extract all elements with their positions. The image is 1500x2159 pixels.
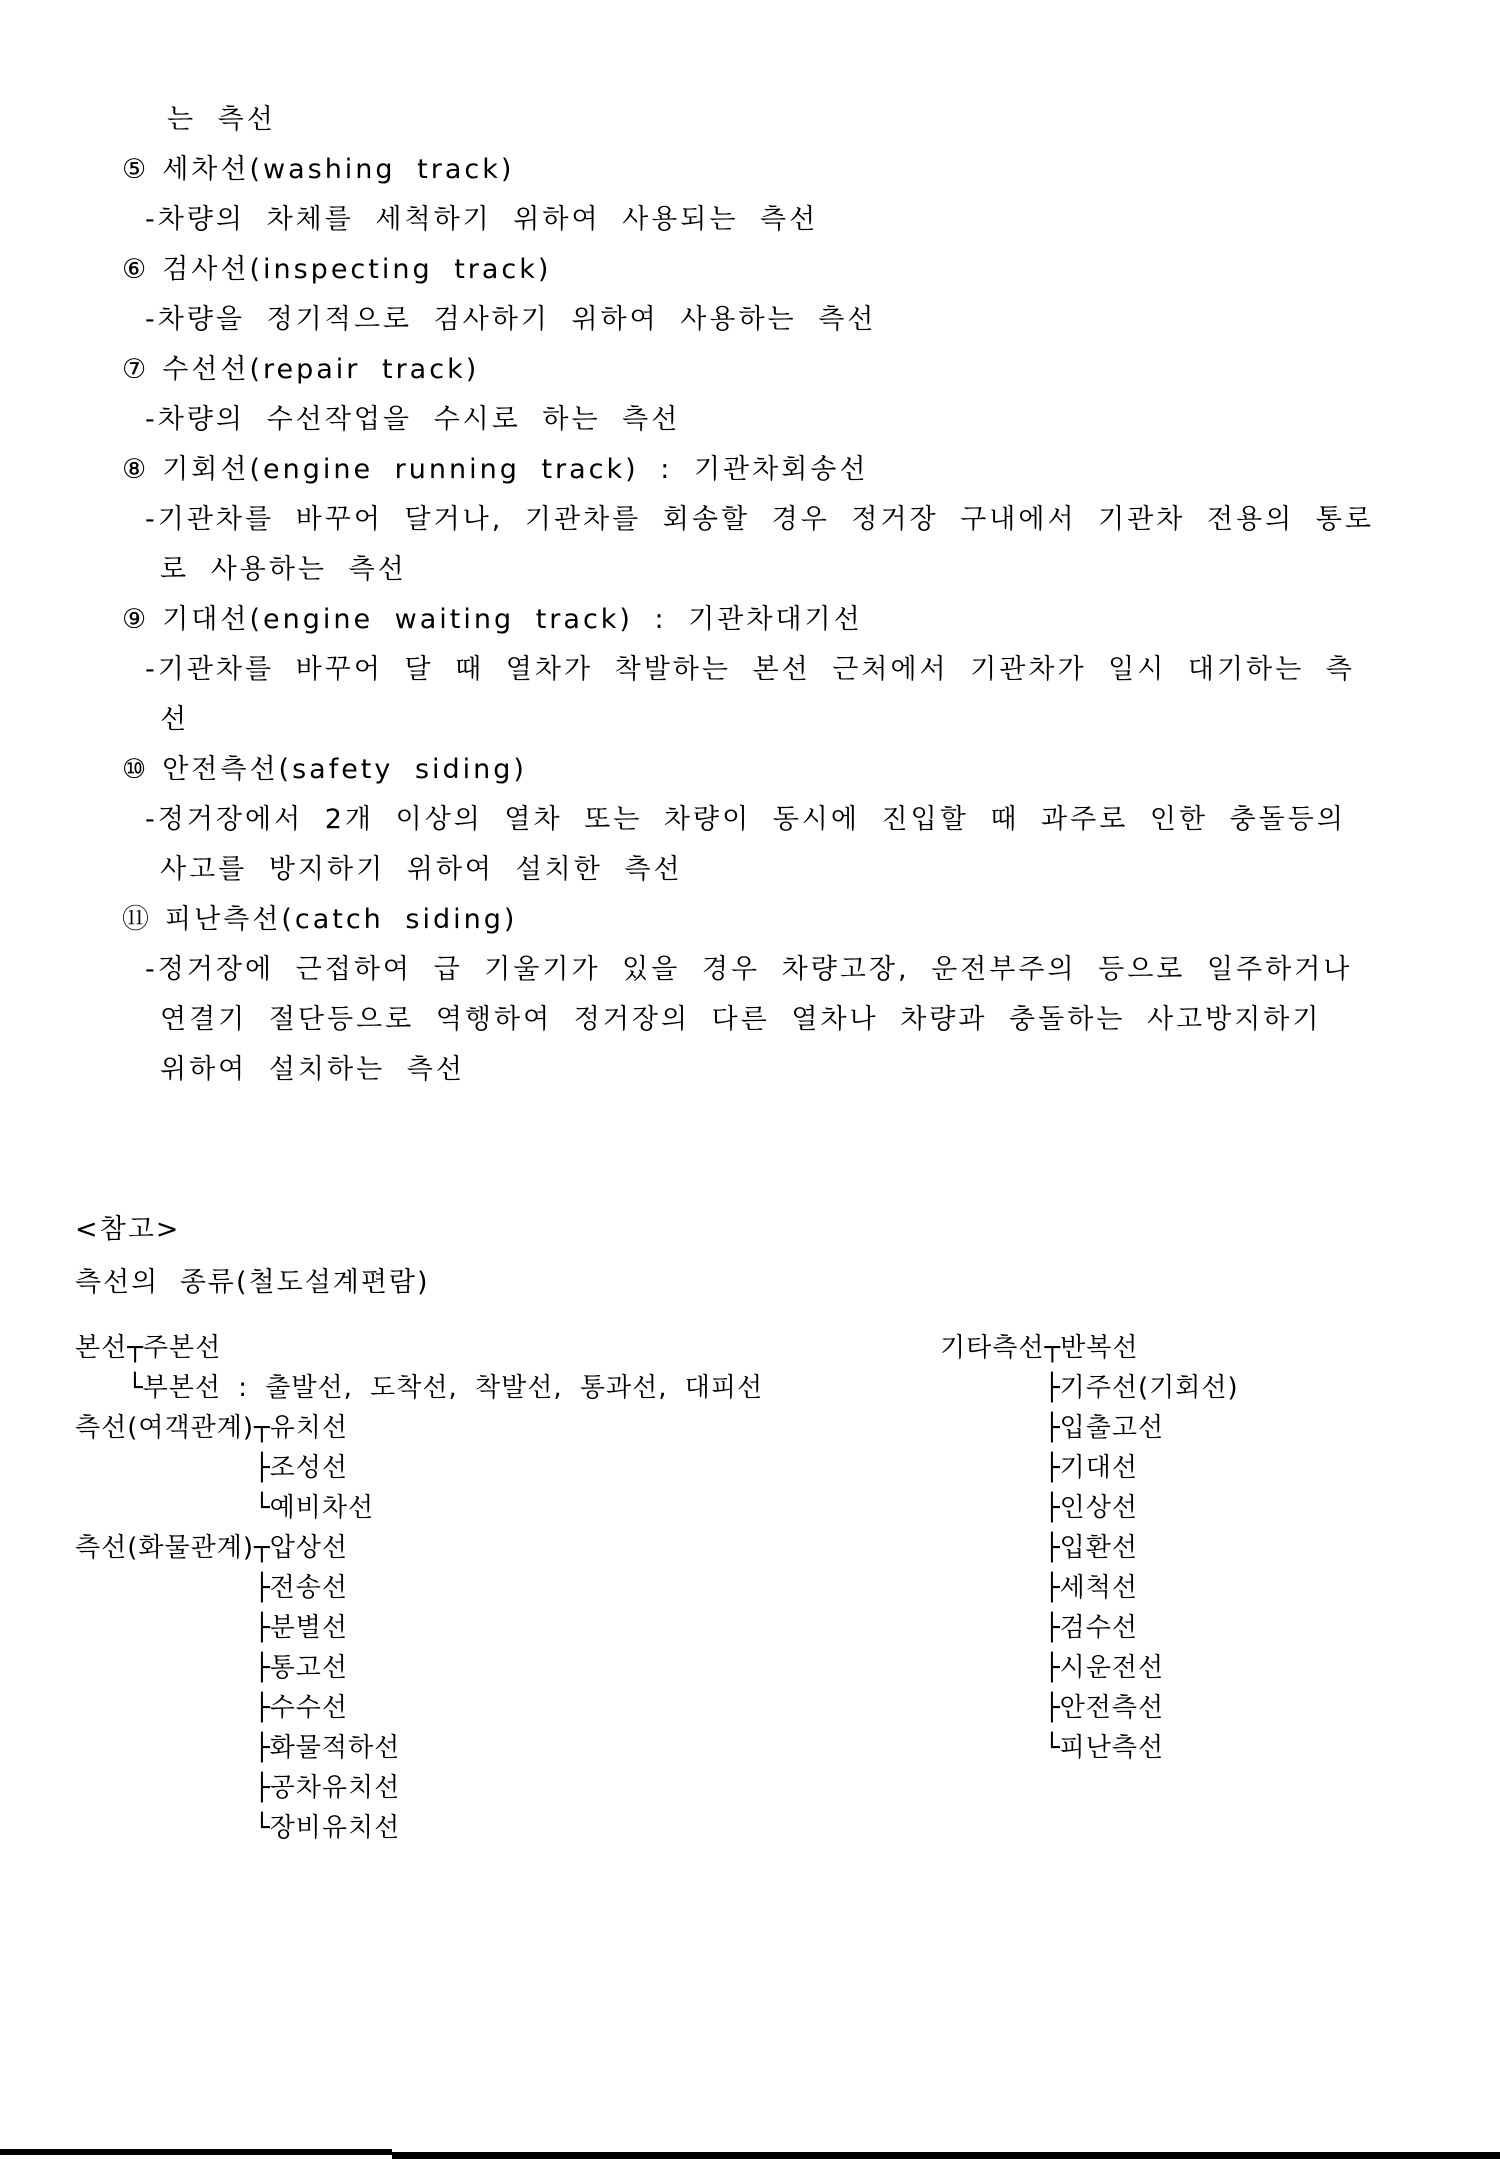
tree-node-label: 분별선: [270, 1613, 348, 1643]
tree-branch-connector: ├: [1044, 1413, 1060, 1443]
tree-group-label: 기타측선: [940, 1333, 1044, 1363]
tree-node-label: 기대선: [1060, 1453, 1138, 1483]
text-line: 위하여 설치하는 측선: [0, 1045, 1500, 1095]
tree-node-label: 압상선: [270, 1533, 348, 1563]
tree-group-label: 측선(화물관계): [75, 1533, 254, 1563]
tree-node-label: 공차유치선: [270, 1773, 401, 1803]
tree-row: ├전송선: [75, 1568, 935, 1608]
tree-indent-spacer: [75, 1395, 127, 1396]
text-line: -차량의 차체를 세척하기 위하여 사용되는 측선: [0, 195, 1500, 245]
tree-row: ├안전측선: [940, 1688, 1480, 1728]
tree-indent-spacer: [940, 1555, 1044, 1556]
text-line: -차량의 수선작업을 수시로 하는 측선: [0, 395, 1500, 445]
text-line: 연결기 절단등으로 역행하여 정거장의 다른 열차나 차량과 충돌하는 사고방지…: [0, 995, 1500, 1045]
tree-row: ├인상선: [940, 1488, 1480, 1528]
text-line: 사고를 방지하기 위하여 설치한 측선: [0, 845, 1500, 895]
tree-group-label: 측선(여객관계): [75, 1413, 254, 1443]
body-text-block: 는 측선⑤세차선(washing track)-차량의 차체를 세척하기 위하여…: [0, 95, 1500, 1095]
item-title: 피난측선(catch siding): [165, 904, 517, 935]
tree-indent-spacer: [940, 1635, 1044, 1636]
tree-branch-connector: ├: [1044, 1573, 1060, 1603]
tree-node-label: 세척선: [1060, 1573, 1138, 1603]
list-item-line: ⑥검사선(inspecting track): [0, 245, 1500, 295]
tree-row: └예비차선: [75, 1488, 935, 1528]
tree-indent-spacer: [940, 1475, 1044, 1476]
tree-row: ├통고선: [75, 1648, 935, 1688]
circled-number: ⑥: [122, 254, 146, 285]
text-line: 는 측선: [0, 95, 1500, 145]
tree-indent-spacer: [75, 1595, 254, 1596]
tree-row: 측선(화물관계)┬압상선: [75, 1528, 935, 1568]
tree-indent-spacer: [75, 1675, 254, 1676]
tree-row: 측선(여객관계)┬유치선: [75, 1408, 935, 1448]
item-title: 세차선(washing track): [162, 154, 514, 185]
tree-row: ├시운전선: [940, 1648, 1480, 1688]
tree-row: ├분별선: [75, 1608, 935, 1648]
tree-branch-connector: ├: [254, 1613, 270, 1643]
tree-row: └피난측선: [940, 1728, 1480, 1768]
tree-branch-connector: ├: [254, 1453, 270, 1483]
tree-branch-connector: ├: [1044, 1653, 1060, 1683]
tree-branch-connector: ├: [254, 1653, 270, 1683]
tree-branch-connector: ├: [1044, 1613, 1060, 1643]
tree-indent-spacer: [940, 1675, 1044, 1676]
tree-indent-spacer: [940, 1395, 1044, 1396]
tree-row: ├입출고선: [940, 1408, 1480, 1448]
tree-node-label: 반복선: [1060, 1333, 1138, 1363]
scan-artifact-bar-right: [392, 2152, 1500, 2159]
text-line: -기관차를 바꾸어 달 때 열차가 착발하는 본선 근처에서 기관차가 일시 대…: [0, 645, 1500, 695]
tree-node-label: 시운전선: [1060, 1653, 1164, 1683]
tree-branch-connector: ├: [1044, 1493, 1060, 1523]
circled-number: ⑧: [122, 454, 146, 485]
tree-branch-connector: └: [254, 1813, 270, 1843]
tree-branch-connector: ├: [1044, 1693, 1060, 1723]
tree-node-label: 피난측선: [1060, 1733, 1164, 1763]
tree-indent-spacer: [940, 1435, 1044, 1436]
tree-branch-connector: ┬: [254, 1533, 270, 1563]
tree-branch-connector: ├: [254, 1693, 270, 1723]
item-title: 기대선(engine waiting track) : 기관차대기선: [162, 604, 863, 635]
tree-row: ├입환선: [940, 1528, 1480, 1568]
circled-number: ⑤: [122, 154, 146, 185]
tree-node-label: 주본선: [143, 1333, 221, 1363]
tree-branch-connector: ├: [254, 1773, 270, 1803]
list-item-line: ⑩안전측선(safety siding): [0, 745, 1500, 795]
text-line: -기관차를 바꾸어 달거나, 기관차를 회송할 경우 정거장 구내에서 기관차 …: [0, 495, 1500, 545]
text-line: -정거장에서 2개 이상의 열차 또는 차량이 동시에 진입할 때 과주로 인한…: [0, 795, 1500, 845]
tree-node-label: 부본선 : 출발선, 도착선, 착발선, 통과선, 대피선: [143, 1373, 764, 1403]
reference-label: <참고>: [75, 1213, 180, 1247]
tree-row: 기타측선┬반복선: [940, 1328, 1480, 1368]
sidetrack-tree-right: 기타측선┬반복선├기주선(기회선)├입출고선├기대선├인상선├입환선├세척선├검…: [940, 1328, 1480, 1768]
tree-branch-connector: ├: [254, 1573, 270, 1603]
item-title: 기회선(engine running track) : 기관차회송선: [162, 454, 868, 485]
tree-branch-connector: ├: [1044, 1533, 1060, 1563]
tree-branch-connector: ┬: [1044, 1333, 1060, 1363]
reference-title: 측선의 종류(철도설계편람): [75, 1266, 430, 1300]
text-line: -차량을 정기적으로 검사하기 위하여 사용하는 측선: [0, 295, 1500, 345]
tree-node-label: 검수선: [1060, 1613, 1138, 1643]
tree-node-label: 장비유치선: [270, 1813, 401, 1843]
tree-group-label: 본선: [75, 1333, 127, 1363]
tree-indent-spacer: [940, 1755, 1044, 1756]
tree-indent-spacer: [75, 1635, 254, 1636]
tree-indent-spacer: [940, 1595, 1044, 1596]
scan-artifact-bar-left: [0, 2149, 392, 2155]
tree-node-label: 유치선: [270, 1413, 348, 1443]
tree-node-label: 수수선: [270, 1693, 348, 1723]
tree-row: ├기대선: [940, 1448, 1480, 1488]
circled-number: ⑨: [122, 604, 146, 635]
item-title: 안전측선(safety siding): [162, 754, 527, 785]
tree-node-label: 조성선: [270, 1453, 348, 1483]
tree-row: └부본선 : 출발선, 도착선, 착발선, 통과선, 대피선: [75, 1368, 935, 1408]
tree-indent-spacer: [75, 1515, 254, 1516]
text-line: 선: [0, 695, 1500, 745]
tree-node-label: 예비차선: [270, 1493, 374, 1523]
text-line: 로 사용하는 측선: [0, 545, 1500, 595]
tree-indent-spacer: [75, 1475, 254, 1476]
tree-branch-connector: ├: [254, 1733, 270, 1763]
tree-branch-connector: ├: [1044, 1373, 1060, 1403]
text-line: -정거장에 근접하여 급 기울기가 있을 경우 차량고장, 운전부주의 등으로 …: [0, 945, 1500, 995]
circled-number: ⑦: [122, 354, 146, 385]
list-item-line: ⑪피난측선(catch siding): [0, 895, 1500, 945]
tree-indent-spacer: [75, 1755, 254, 1756]
tree-branch-connector: ┬: [127, 1333, 143, 1363]
tree-branch-connector: ┬: [254, 1413, 270, 1443]
tree-node-label: 인상선: [1060, 1493, 1138, 1523]
tree-branch-connector: └: [1044, 1733, 1060, 1763]
tree-row: ├조성선: [75, 1448, 935, 1488]
tree-row: ├세척선: [940, 1568, 1480, 1608]
item-title: 검사선(inspecting track): [162, 254, 551, 285]
tree-indent-spacer: [940, 1715, 1044, 1716]
tree-node-label: 입환선: [1060, 1533, 1138, 1563]
list-item-line: ⑦수선선(repair track): [0, 345, 1500, 395]
tree-row: └장비유치선: [75, 1808, 935, 1848]
list-item-line: ⑧기회선(engine running track) : 기관차회송선: [0, 445, 1500, 495]
tree-row: ├화물적하선: [75, 1728, 935, 1768]
item-title: 수선선(repair track): [162, 354, 479, 385]
tree-branch-connector: └: [127, 1373, 143, 1403]
tree-node-label: 기주선(기회선): [1060, 1373, 1239, 1403]
tree-node-label: 통고선: [270, 1653, 348, 1683]
tree-indent-spacer: [75, 1795, 254, 1796]
tree-node-label: 입출고선: [1060, 1413, 1164, 1443]
tree-node-label: 화물적하선: [270, 1733, 401, 1763]
tree-branch-connector: └: [254, 1493, 270, 1523]
tree-row: 본선┬주본선: [75, 1328, 935, 1368]
list-item-line: ⑨기대선(engine waiting track) : 기관차대기선: [0, 595, 1500, 645]
tree-row: ├수수선: [75, 1688, 935, 1728]
tree-branch-connector: ├: [1044, 1453, 1060, 1483]
circled-number: ⑪: [122, 904, 149, 935]
tree-node-label: 안전측선: [1060, 1693, 1164, 1723]
circled-number: ⑩: [122, 754, 146, 785]
list-item-line: ⑤세차선(washing track): [0, 145, 1500, 195]
tree-row: ├공차유치선: [75, 1768, 935, 1808]
tree-node-label: 전송선: [270, 1573, 348, 1603]
tree-indent-spacer: [940, 1515, 1044, 1516]
document-page: 는 측선⑤세차선(washing track)-차량의 차체를 세척하기 위하여…: [0, 0, 1500, 2159]
tree-row: ├기주선(기회선): [940, 1368, 1480, 1408]
sidetrack-tree-left: 본선┬주본선└부본선 : 출발선, 도착선, 착발선, 통과선, 대피선측선(여…: [75, 1328, 935, 1848]
tree-row: ├검수선: [940, 1608, 1480, 1648]
tree-indent-spacer: [75, 1835, 254, 1836]
tree-indent-spacer: [75, 1715, 254, 1716]
